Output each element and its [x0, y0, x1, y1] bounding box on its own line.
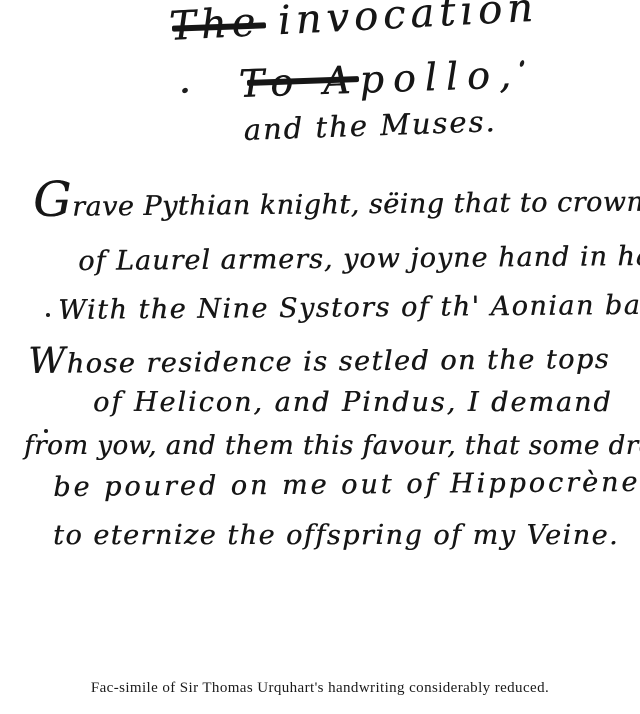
poem-line: of Helicon, and Pindus, I demand: [93, 387, 613, 418]
manuscript-title-line: and the Muses.: [243, 104, 497, 147]
facsimile-page: The invocation To Apollo, and the Muses.…: [0, 0, 640, 714]
ink-speck: [181, 87, 189, 94]
poem-line: to eternize the offspring of my Veine.: [53, 520, 619, 551]
poem-line: Grave Pythian knight, sëing that to crow…: [33, 184, 640, 223]
ink-speck: [46, 313, 50, 317]
ink-speck: [519, 60, 525, 68]
ink-speck: [44, 429, 48, 433]
plate-caption: Fac-simile of Sir Thomas Urquhart's hand…: [0, 680, 640, 697]
manuscript-title-line: The invocation: [168, 0, 539, 50]
poem-line: With the Nine Systors of th' Aonian band…: [58, 289, 640, 326]
manuscript-title-line: To Apollo,: [238, 52, 521, 106]
poem-line: from yow, and them this favour, that som…: [24, 431, 640, 461]
poem-line: Whose residence is setled on the tops: [28, 336, 610, 382]
poem-line: of Laurel armers, yow joyne hand in hand: [78, 241, 640, 277]
poem-line: be poured on me out of Hippocrène,: [53, 467, 640, 503]
